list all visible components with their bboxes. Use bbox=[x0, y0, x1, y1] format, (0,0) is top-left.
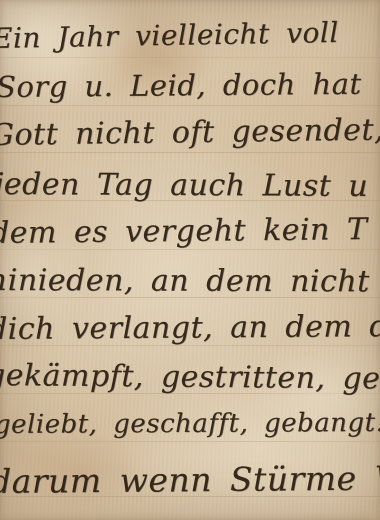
handwriting-line: dem es vergeht kein T bbox=[0, 212, 368, 251]
handwriting-line: dich verlangt, an dem du n bbox=[0, 309, 380, 347]
handwriting-line: geliebt, geschafft, gebangt. bbox=[0, 408, 380, 440]
handwriting-line: Sorg u. Leid, doch hat bbox=[0, 67, 362, 104]
letter-page: Ein Jahr vielleicht voll Sorg u. Leid, d… bbox=[0, 0, 380, 520]
handwriting-line: gekämpft, gestritten, geso bbox=[0, 358, 380, 397]
handwriting-line: Ein Jahr vielleicht voll bbox=[0, 16, 339, 55]
ruled-line bbox=[0, 152, 380, 153]
handwriting-line: darum wenn Stürme W. bbox=[0, 458, 380, 501]
ruled-line bbox=[0, 57, 380, 58]
ruled-line bbox=[0, 441, 380, 442]
handwriting-line: jeden Tag auch Lust u bbox=[0, 167, 368, 204]
ruled-line bbox=[0, 105, 380, 106]
handwriting-line: hinieden, an dem nicht w bbox=[0, 263, 380, 299]
handwriting-line: Gott nicht oft gesendet, bbox=[0, 112, 380, 152]
